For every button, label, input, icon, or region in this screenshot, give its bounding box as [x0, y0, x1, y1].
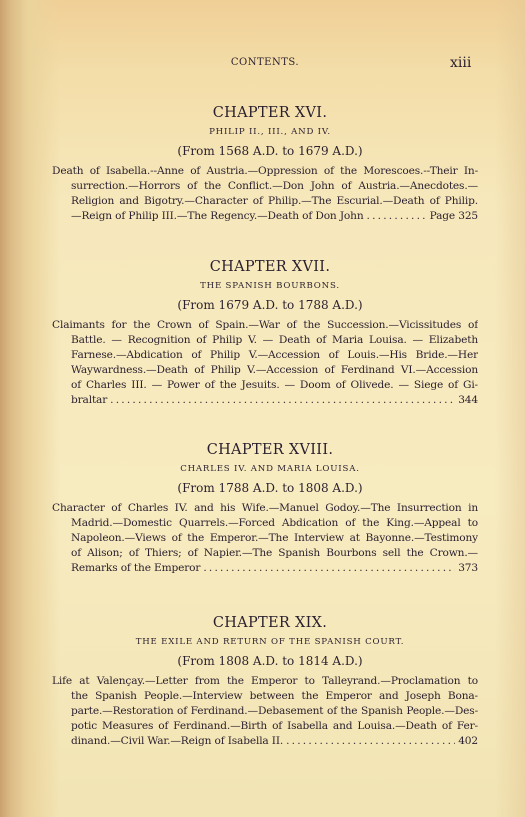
summary-line-last: Remarks of the Emperor .................… — [52, 561, 478, 576]
dot-leader: ........................................… — [203, 561, 455, 576]
chapter-summary: Claimants for the Crown of Spain.—War of… — [52, 318, 478, 409]
summary-line: Character of Charles IV. and his Wife.—M… — [52, 501, 478, 516]
summary-line: Life at Valençay.—Letter from the Empero… — [52, 674, 478, 689]
summary-line: Battle. — Recognition of Philip V. — Dea… — [52, 333, 478, 348]
chapter-summary: Death of Isabella.--Anne of Austria.—Opp… — [52, 164, 478, 224]
summary-line-last: dinand.—Civil War.—Reign of Isabella II.… — [52, 734, 478, 749]
summary-line: parte.—Restoration of Ferdinand.—Debasem… — [52, 704, 478, 719]
chapter-xviii: CHAPTER XVIII. CHARLES IV. AND MARIA LOU… — [52, 441, 478, 576]
summary-line: Religion and Bigotry.—Character of Phili… — [52, 194, 478, 209]
page-edge-shadow — [495, 0, 525, 817]
chapter-dates: (From 1568 A.D. to 1679 A.D.) — [62, 143, 478, 159]
chapter-dates: (From 1788 A.D. to 1808 A.D.) — [62, 480, 478, 496]
running-title: CONTENTS. — [0, 57, 525, 68]
chapter-xvi: CHAPTER XVI. PHILIP II., III., AND IV. (… — [52, 104, 478, 224]
summary-text: dinand.—Civil War.—Reign of Isabella II. — [71, 734, 283, 749]
chapter-subtitle: CHARLES IV. AND MARIA LOUISA. — [62, 463, 478, 475]
summary-line-last: —Reign of Philip III.—The Regency.—Death… — [52, 209, 478, 224]
summary-line: Madrid.—Domestic Quarrels.—Forced Abdica… — [52, 516, 478, 531]
book-page: CONTENTS. xiii CHAPTER XVI. PHILIP II., … — [0, 0, 525, 817]
chapter-dates: (From 1679 A.D. to 1788 A.D.) — [62, 297, 478, 313]
dot-leader: ........................................ — [367, 209, 427, 224]
summary-line: potic Measures of Ferdinand.—Birth of Is… — [52, 719, 478, 734]
chapter-summary: Character of Charles IV. and his Wife.—M… — [52, 501, 478, 576]
summary-line: Napoleon.—Views of the Emperor.—The Inte… — [52, 531, 478, 546]
chapter-xix: CHAPTER XIX. THE EXILE AND RETURN OF THE… — [52, 614, 478, 749]
summary-text: —Reign of Philip III.—The Regency.—Death… — [71, 209, 364, 224]
page-reference: 402 — [458, 734, 478, 749]
chapter-summary: Life at Valençay.—Letter from the Empero… — [52, 674, 478, 749]
dot-leader: ........................................… — [286, 734, 455, 749]
chapter-title: CHAPTER XIX. — [62, 614, 478, 632]
summary-line: of Charles III. — Power of the Jesuits. … — [52, 378, 478, 393]
chapter-xvii: CHAPTER XVII. THE SPANISH BOURBONS. (Fro… — [52, 258, 478, 409]
summary-line: of Alison; of Thiers; of Napier.—The Spa… — [52, 546, 478, 561]
chapter-subtitle: THE EXILE AND RETURN OF THE SPANISH COUR… — [62, 636, 478, 648]
summary-text: braltar — [71, 393, 107, 408]
page-reference: 373 — [458, 561, 478, 576]
dot-leader: ........................................… — [110, 393, 455, 408]
chapter-subtitle: THE SPANISH BOURBONS. — [62, 280, 478, 292]
summary-line: surrection.—Horrors of the Conflict.—Don… — [52, 179, 478, 194]
summary-line: Waywardness.—Death of Philip V.—Accessio… — [52, 363, 478, 378]
running-head: CONTENTS. xiii — [0, 55, 525, 71]
summary-line: Farnese.—Abdication of Philip V.—Accessi… — [52, 348, 478, 363]
chapter-title: CHAPTER XVI. — [62, 104, 478, 122]
chapter-title: CHAPTER XVII. — [62, 258, 478, 276]
chapter-title: CHAPTER XVIII. — [62, 441, 478, 459]
summary-line: the Spanish People.—Interview between th… — [52, 689, 478, 704]
summary-line: Claimants for the Crown of Spain.—War of… — [52, 318, 478, 333]
chapter-subtitle: PHILIP II., III., AND IV. — [62, 126, 478, 138]
page-reference: Page 325 — [430, 209, 478, 224]
summary-line: Death of Isabella.--Anne of Austria.—Opp… — [52, 164, 478, 179]
chapter-dates: (From 1808 A.D. to 1814 A.D.) — [62, 653, 478, 669]
summary-line-last: braltar ................................… — [52, 393, 478, 408]
summary-text: Remarks of the Emperor — [71, 561, 200, 576]
page-reference: 344 — [458, 393, 478, 408]
page-number: xiii — [450, 55, 471, 71]
